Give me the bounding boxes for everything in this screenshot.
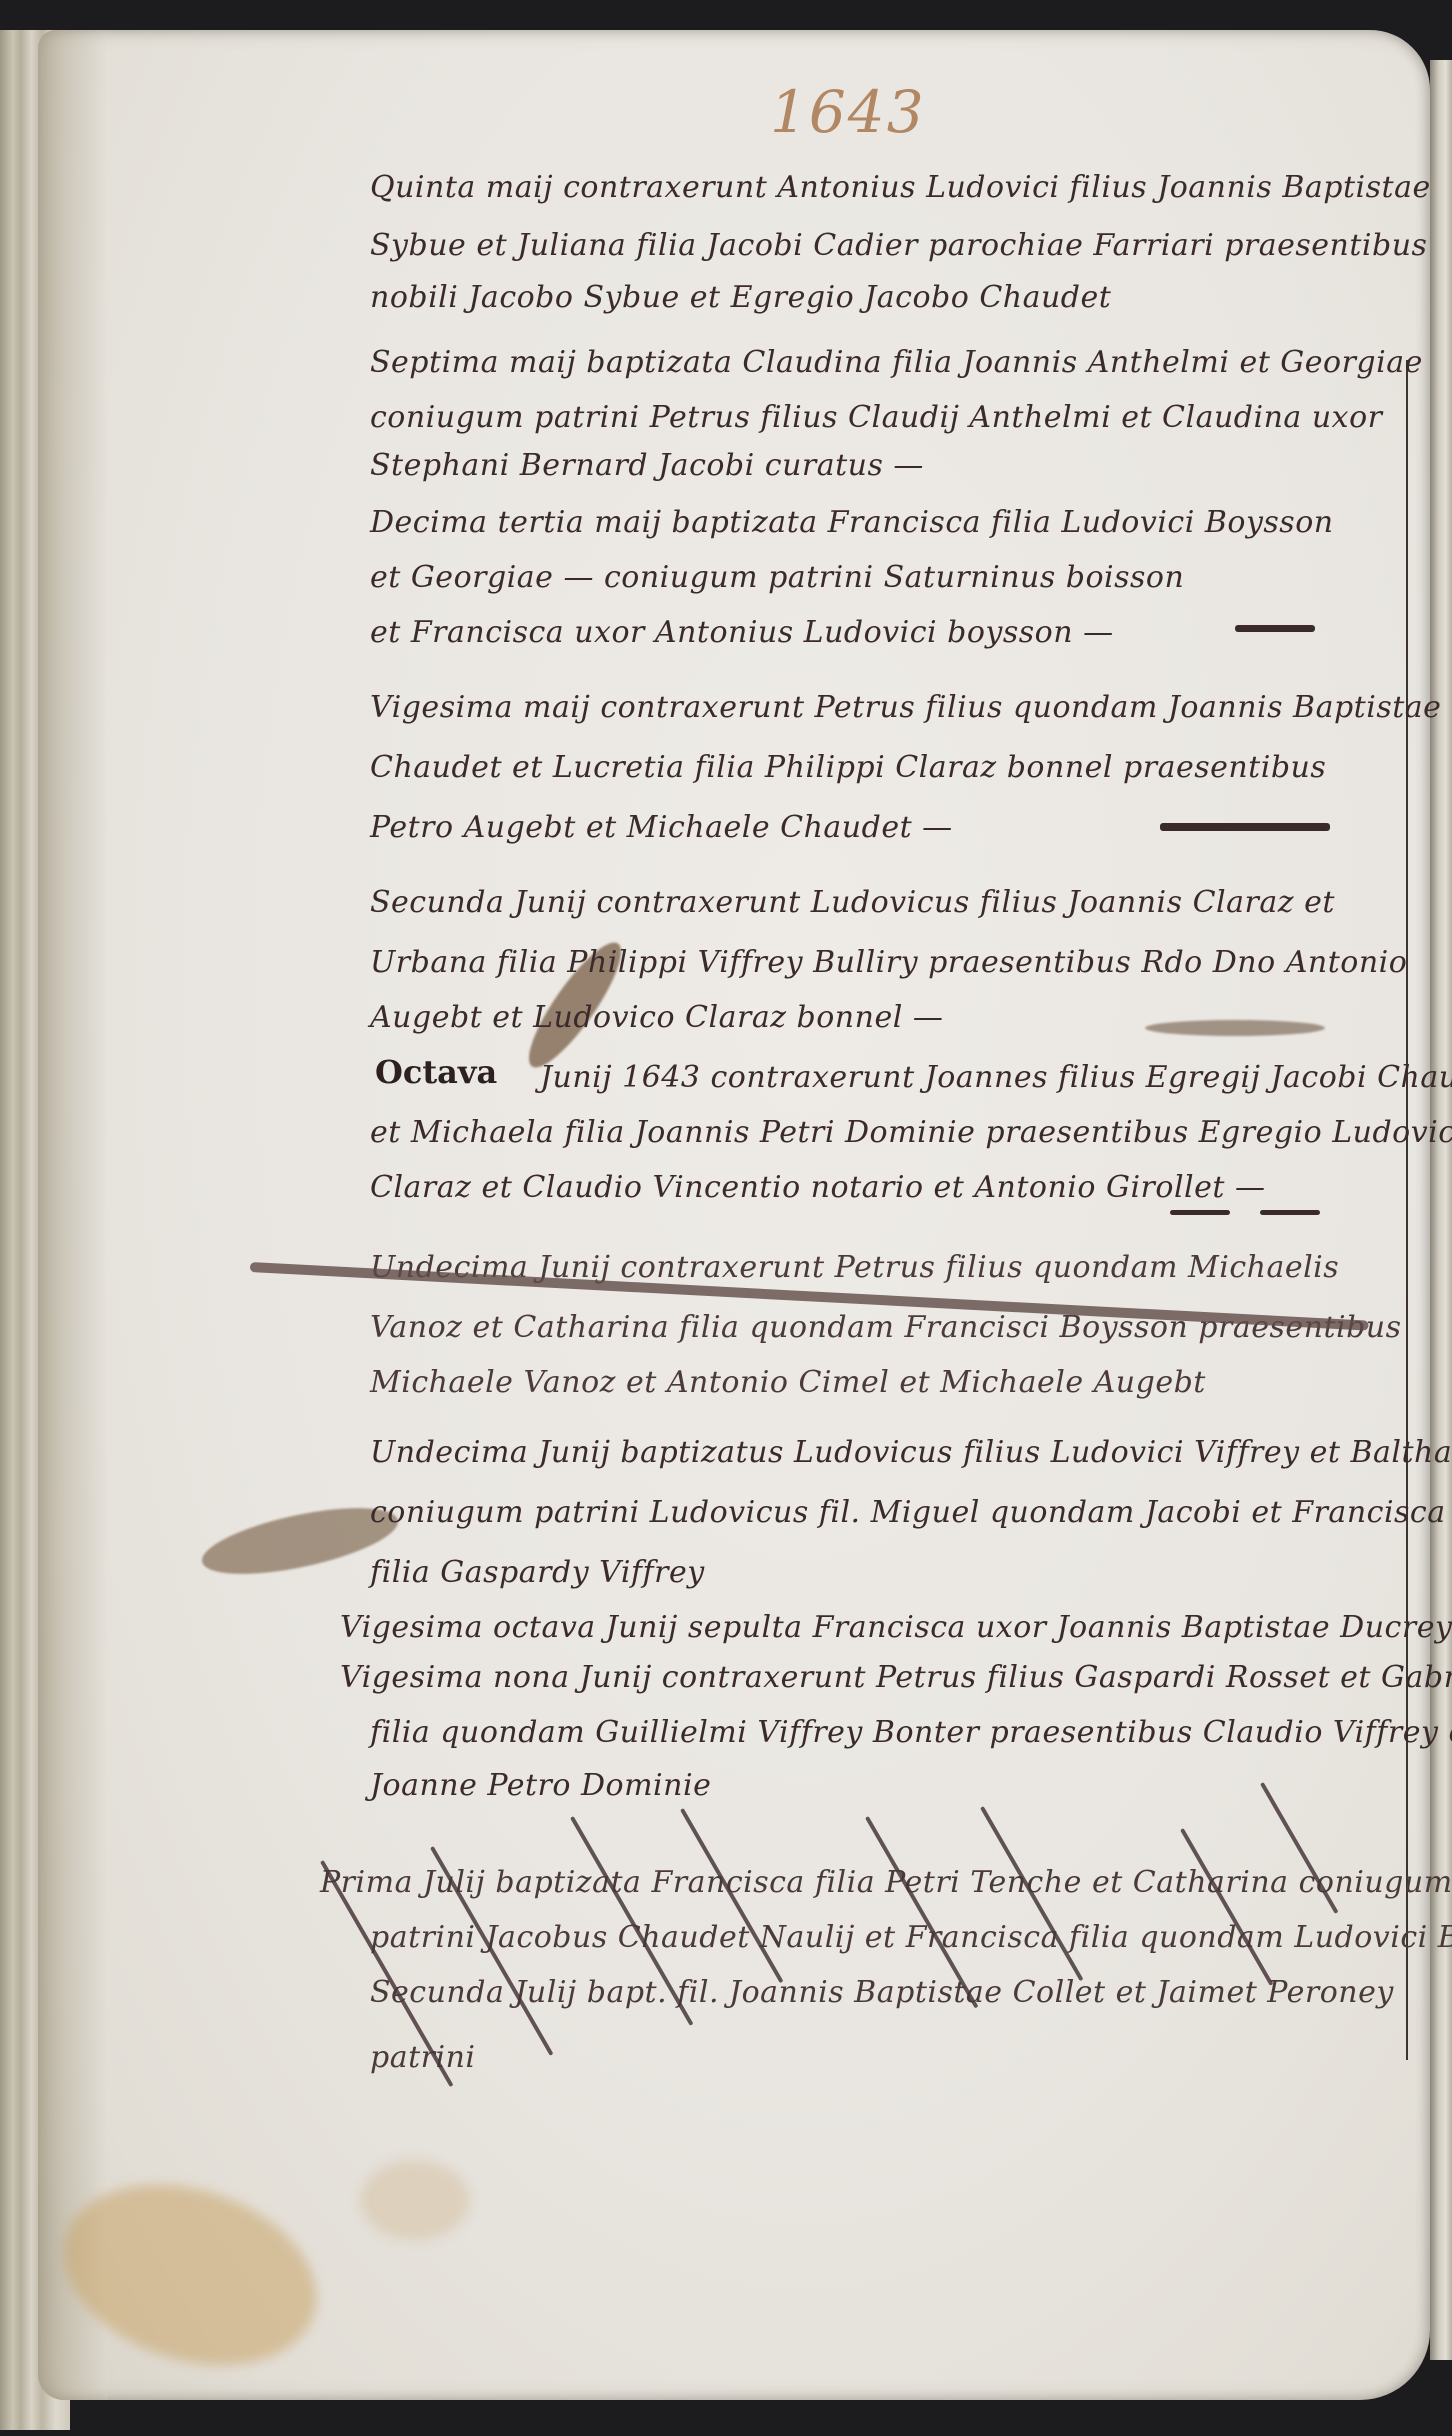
entry-terminator-dash <box>1160 823 1330 831</box>
entry-terminator-dash <box>1260 1210 1320 1215</box>
scan-background: 1643 Quinta maij contraxerunt Antonius L… <box>0 0 1452 2436</box>
entry-8-line-2: coniugum patrini Ludovicus fil. Miguel q… <box>370 1495 1446 1530</box>
entry-4-line-3: Petro Augebt et Michaele Chaudet — <box>370 810 953 845</box>
page-gutter-shadow <box>38 30 108 2400</box>
entry-3-line-2: et Georgiae — coniugum patrini Saturninu… <box>370 560 1184 595</box>
entry-5-line-3: Augebt et Ludovico Claraz bonnel — <box>370 1000 943 1035</box>
entry-5-line-1: Secunda Junij contraxerunt Ludovicus fil… <box>370 885 1335 920</box>
entry-10-line-2: filia quondam Guillielmi Viffrey Bonter … <box>370 1715 1452 1750</box>
manuscript-page <box>38 30 1430 2400</box>
entry-1-line-1: Quinta maij contraxerunt Antonius Ludovi… <box>370 170 1431 205</box>
entry-11-line-4: patrini <box>370 2040 476 2075</box>
margin-rule-line <box>1406 360 1408 2060</box>
ink-smudge <box>1145 1020 1325 1036</box>
water-stain <box>360 2160 470 2240</box>
entry-9-line-1: Vigesima octava Junij sepulta Francisca … <box>340 1610 1452 1645</box>
entry-4-line-2: Chaudet et Lucretia filia Philippi Clara… <box>370 750 1326 785</box>
entry-2-line-1: Septima maij baptizata Claudina filia Jo… <box>370 345 1423 380</box>
entry-11-line-2: patrini Jacobus Chaudet Naulij et Franci… <box>370 1920 1452 1955</box>
entry-terminator-dash <box>1235 625 1315 632</box>
entry-10-line-3: Joanne Petro Dominie <box>370 1768 711 1803</box>
entry-3-line-3: et Francisca uxor Antonius Ludovici boys… <box>370 615 1114 650</box>
entry-3-line-1: Decima tertia maij baptizata Francisca f… <box>370 505 1334 540</box>
entry-8-line-1: Undecima Junij baptizatus Ludovicus fili… <box>370 1435 1452 1470</box>
entry-7-line-3: Michaele Vanoz et Antonio Cimel et Micha… <box>370 1365 1206 1400</box>
page-stack-edge <box>1430 60 1452 2360</box>
entry-1-line-3: nobili Jacobo Sybue et Egregio Jacobo Ch… <box>370 280 1111 315</box>
entry-6-line-3: Claraz et Claudio Vincentio notario et A… <box>370 1170 1266 1205</box>
entry-11-line-1: Prima Julij baptizata Francisca filia Pe… <box>320 1865 1452 1900</box>
entry-2-line-3: Stephani Bernard Jacobi curatus — <box>370 448 924 483</box>
entry-2-line-2: coniugum patrini Petrus filius Claudij A… <box>370 400 1383 435</box>
entry-terminator-dash <box>1170 1210 1230 1215</box>
entry-1-line-2: Sybue et Juliana filia Jacobi Cadier par… <box>370 228 1427 263</box>
entry-10-line-1: Vigesima nona Junij contraxerunt Petrus … <box>340 1660 1452 1695</box>
entry-5-line-2: Urbana filia Philippi Viffrey Bulliry pr… <box>370 945 1407 980</box>
margin-correction: Octava <box>375 1053 497 1091</box>
entry-8-line-3: filia Gaspardy Viffrey <box>370 1555 705 1590</box>
entry-6-line-1: Junij 1643 contraxerunt Joannes filius E… <box>540 1060 1452 1095</box>
entry-6-line-2: et Michaela filia Joannis Petri Dominie … <box>370 1115 1452 1150</box>
entry-4-line-1: Vigesima maij contraxerunt Petrus filius… <box>370 690 1441 725</box>
year-heading: 1643 <box>770 78 926 146</box>
